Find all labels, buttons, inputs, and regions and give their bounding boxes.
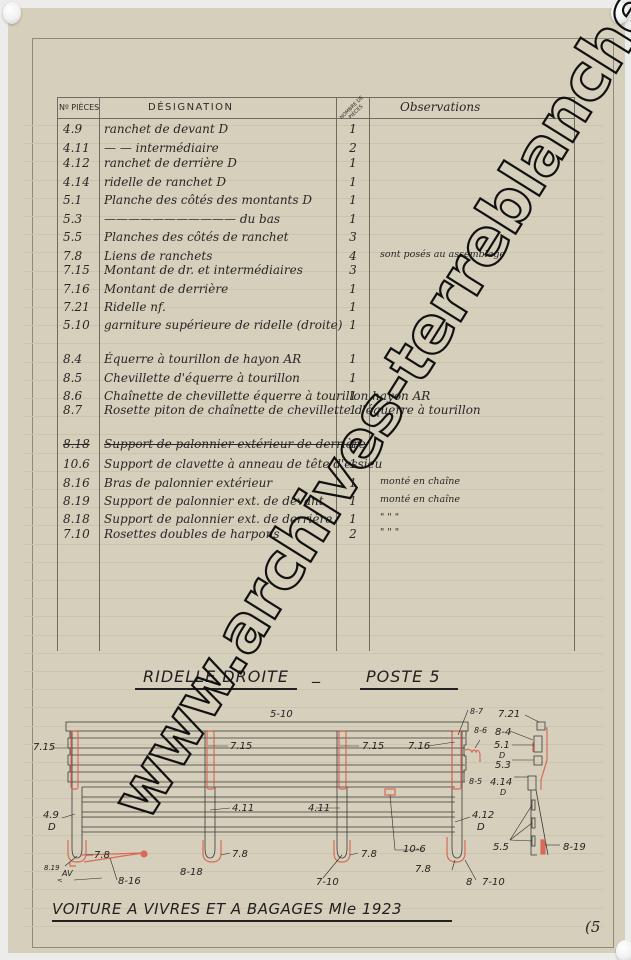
label-stake-mid1: 7.15 [230, 741, 252, 752]
label-section-414-side: D [500, 788, 506, 797]
label-chain-86: 8-6 [474, 726, 487, 735]
label-section-51: 5.1 [494, 740, 510, 751]
label-palonnier-support-rear: 8-18 [180, 867, 203, 878]
label-section-84: 8-4 [495, 727, 511, 738]
sheet-title-underline [52, 920, 452, 922]
label-stake-front: 7.15 [33, 742, 55, 753]
page-number: (5 [585, 918, 600, 936]
label-rosette-1: 7-10 [316, 877, 339, 888]
label-section-55: 5.5 [493, 842, 509, 853]
label-section-51-side: D [499, 751, 505, 760]
label-lien-3: 7.8 [361, 849, 377, 860]
label-ranchet-rear: 4.12 [472, 810, 494, 821]
label-stake-mid2: 7.15 [362, 741, 384, 752]
label-ranchet-mid2: 4.11 [308, 803, 330, 814]
label-ranchet-front-side: D [48, 822, 56, 833]
label-lien-1: 7.8 [94, 850, 110, 861]
label-front-819: 8.19 [44, 864, 60, 872]
label-rosette-2-extra: 8 [466, 877, 472, 888]
label-ranchet-front: 4.9 [43, 810, 59, 821]
label-lien-2: 7.8 [232, 849, 248, 860]
label-section-819: 8-19 [563, 842, 586, 853]
label-chain-87: 8-7 [470, 707, 484, 716]
label-chain-85: 8-5 [469, 777, 482, 786]
label-lien-4: 7.8 [415, 864, 431, 875]
label-ranchet-rear-side: D [477, 822, 485, 833]
label-ranchet-mid1: 4.11 [232, 803, 254, 814]
label-section-414: 4.14 [490, 777, 512, 788]
side-rail-drawing: 5-10 7.15 7.15 7.15 7.16 4.9 D 4.11 4.11… [0, 0, 631, 960]
label-stake-rear: 7.16 [408, 741, 430, 752]
label-section-53: 5.3 [495, 760, 511, 771]
label-palonnier-arm: 8-16 [118, 876, 141, 887]
sheet-title: VOITURE A VIVRES ET A BAGAGES Mle 1923 [52, 900, 402, 918]
page-number-value: 5 [591, 918, 601, 936]
label-top-rail: 5-10 [270, 709, 293, 720]
label-section-721: 7.21 [498, 709, 520, 720]
label-rosette-2: 7-10 [482, 877, 505, 888]
label-clavette: 10-6 [403, 844, 426, 855]
label-direction-av: AV [61, 869, 73, 878]
